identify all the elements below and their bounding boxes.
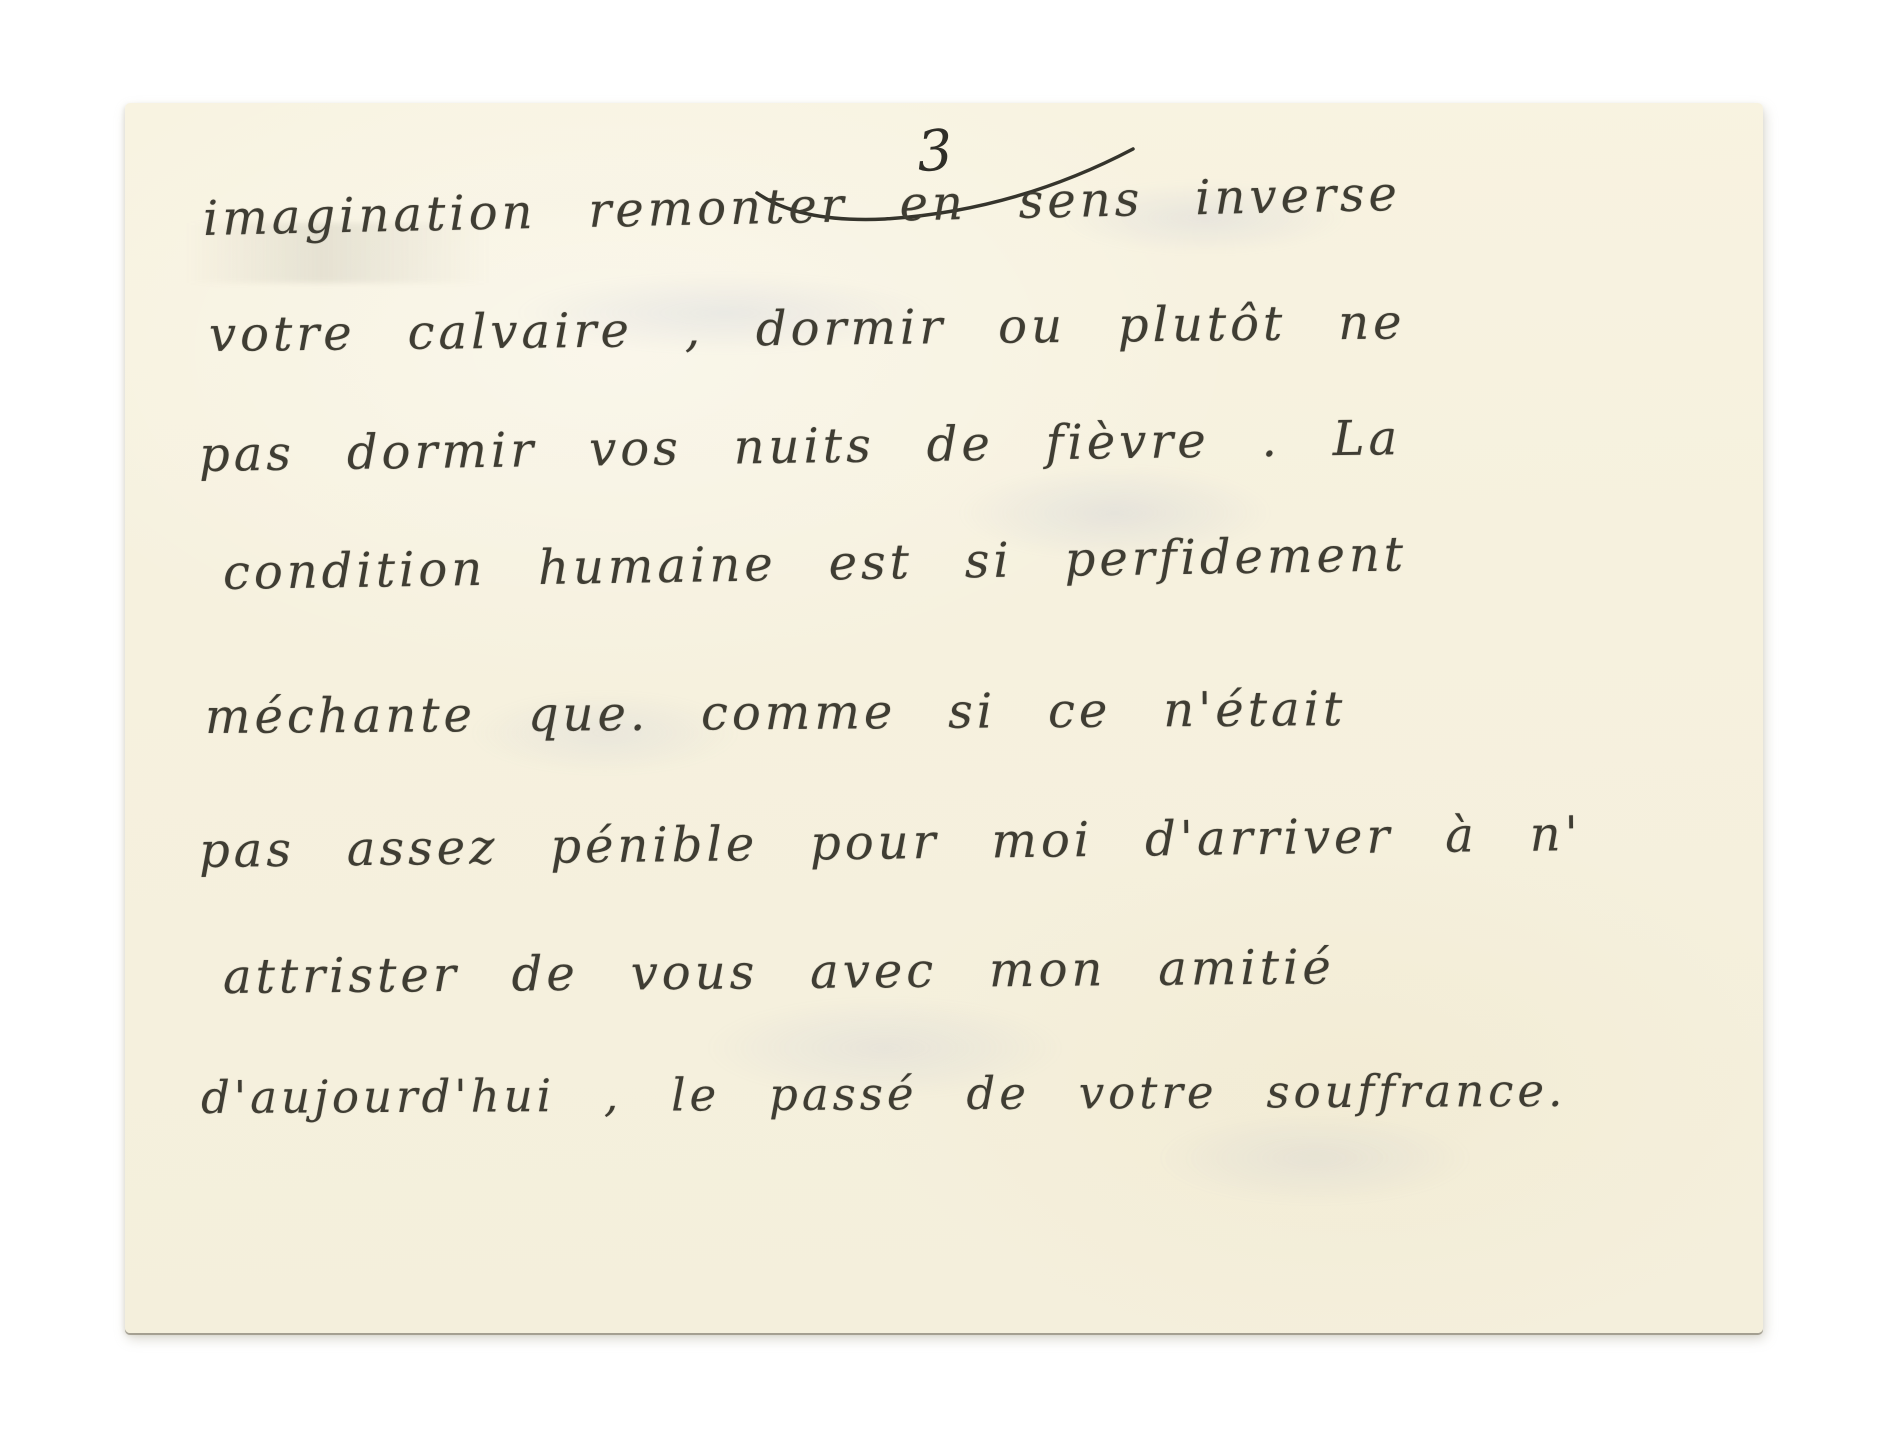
handwriting-line: votre calvaire , dormir ou plutôt ne xyxy=(209,294,1406,363)
letter-body: imagination remonter en sens inverse vot… xyxy=(165,103,1725,1333)
handwriting-line: pas dormir vos nuits de fièvre . La xyxy=(199,410,1402,483)
handwriting-line: condition humaine est si perfidement xyxy=(223,526,1408,601)
handwriting-line: imagination remonter en sens inverse xyxy=(202,166,1401,247)
handwriting-line: d'aujourd'hui , le passé de votre souffr… xyxy=(201,1064,1567,1124)
handwriting-line: méchante que. comme si ce n'était xyxy=(205,681,1347,745)
handwriting-line: pas assez pénible pour moi d'arriver à n… xyxy=(199,806,1583,879)
letter-page: 3 imagination remonter en sens inverse v… xyxy=(125,103,1763,1333)
handwriting-line: attrister de vous avec mon amitié xyxy=(223,939,1335,1005)
scan-background: 3 imagination remonter en sens inverse v… xyxy=(0,0,1880,1436)
